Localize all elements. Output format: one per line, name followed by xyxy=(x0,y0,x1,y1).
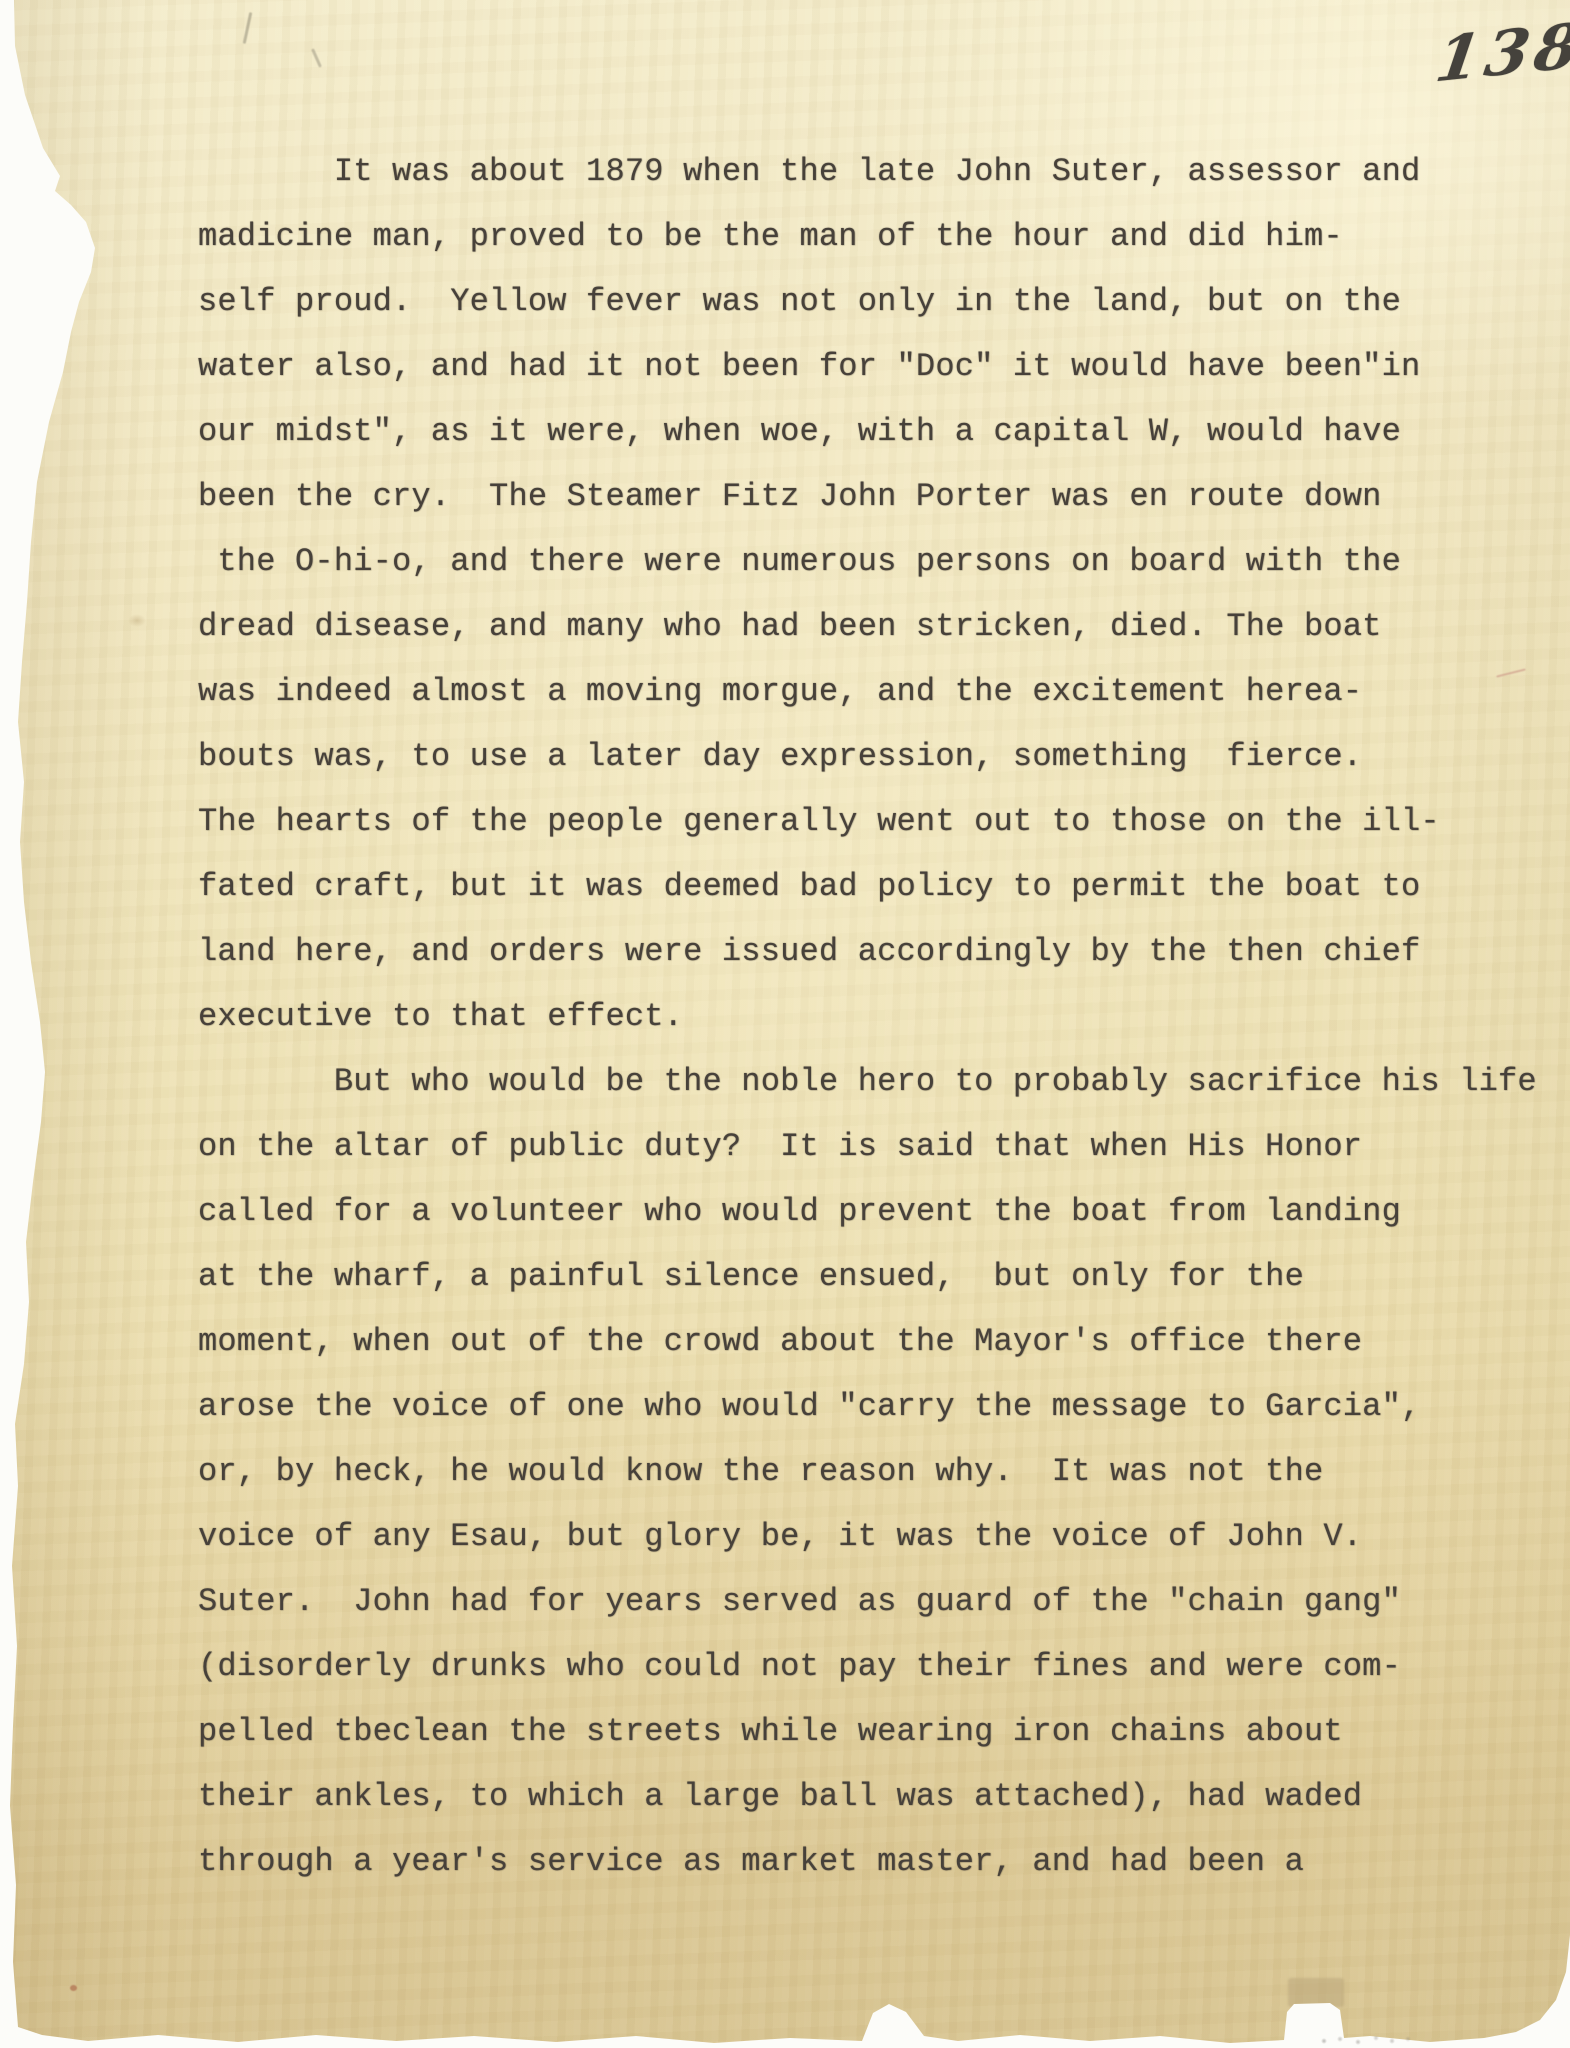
typed-line: moment, when out of the crowd about the … xyxy=(198,1309,1488,1374)
typed-line: our midst", as it were, when woe, with a… xyxy=(198,399,1488,464)
scan-background: 138 It was about 1879 when the late John… xyxy=(0,0,1570,2048)
typed-line: But who would be the noble hero to proba… xyxy=(198,1049,1488,1114)
age-spot xyxy=(128,614,146,627)
typed-line: It was about 1879 when the late John Sut… xyxy=(198,139,1488,204)
paper-sheet: 138 It was about 1879 when the late John… xyxy=(0,0,1570,2048)
typed-line: executive to that effect. xyxy=(198,984,1488,1049)
typed-line: dread disease, and many who had been str… xyxy=(198,594,1488,659)
typed-line: water also, and had it not been for "Doc… xyxy=(198,334,1488,399)
typed-line: bouts was, to use a later day expression… xyxy=(198,724,1488,789)
typed-line: been the cry. The Steamer Fitz John Port… xyxy=(198,464,1488,529)
stray-pencil-mark xyxy=(243,12,253,44)
typed-line: voice of any Esau, but glory be, it was … xyxy=(198,1504,1488,1569)
handwritten-page-number: 138 xyxy=(1431,9,1570,97)
typewritten-text: It was about 1879 when the late John Sut… xyxy=(198,139,1488,1894)
crease-mark xyxy=(1496,668,1526,677)
typed-line: The hearts of the people generally went … xyxy=(198,789,1488,854)
typed-line: Suter. John had for years served as guar… xyxy=(198,1569,1488,1634)
typed-line: self proud. Yellow fever was not only in… xyxy=(198,269,1488,334)
typed-line: (disorderly drunks who could not pay the… xyxy=(198,1634,1488,1699)
typed-line: land here, and orders were issued accord… xyxy=(198,919,1488,984)
tape-residue xyxy=(1288,1978,1344,2007)
typed-line: fated craft, but it was deemed bad polic… xyxy=(198,854,1488,919)
typed-line: their ankles, to which a large ball was … xyxy=(198,1764,1488,1829)
stray-pencil-mark xyxy=(311,48,322,67)
typed-line: at the wharf, a painful silence ensued, … xyxy=(198,1244,1488,1309)
pencil-smudge xyxy=(1318,2036,1414,2046)
typed-line: pelled tbeclean the streets while wearin… xyxy=(198,1699,1488,1764)
typed-line: on the altar of public duty? It is said … xyxy=(198,1114,1488,1179)
typed-line: madicine man, proved to be the man of th… xyxy=(198,204,1488,269)
typed-line: through a year's service as market maste… xyxy=(198,1829,1488,1894)
ink-speck xyxy=(70,1985,77,1991)
typed-line: was indeed almost a moving morgue, and t… xyxy=(198,659,1488,724)
typed-line: or, by heck, he would know the reason wh… xyxy=(198,1439,1488,1504)
typed-line: called for a volunteer who would prevent… xyxy=(198,1179,1488,1244)
typed-line: the O-hi-o, and there were numerous pers… xyxy=(198,529,1488,594)
typed-line: arose the voice of one who would "carry … xyxy=(198,1374,1488,1439)
